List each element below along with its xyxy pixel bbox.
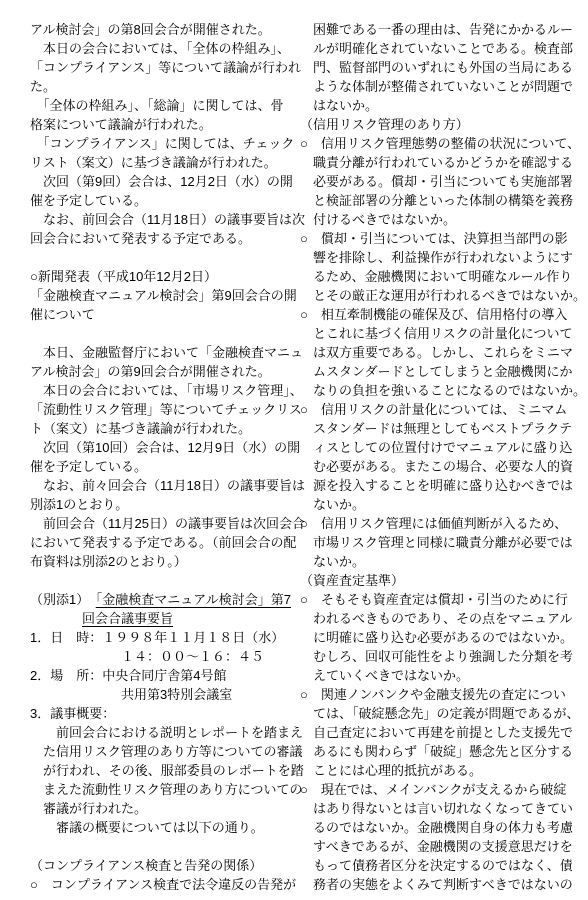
text-line: 困難である一番の理由は、告発にかかるルー bbox=[300, 20, 566, 39]
text-line: 審議が行われた。 bbox=[30, 799, 296, 818]
text-line: 必要がある。償却・引当についても実施部署 bbox=[300, 172, 566, 191]
text-line: 源を投入することを明確に盛り込むべきでは bbox=[300, 476, 566, 495]
text-line: ○ 償却・引当については、決算担当部門の影 bbox=[300, 229, 566, 248]
text-line: において発表する予定である。（前回会合の配 bbox=[30, 533, 296, 552]
text-line: はないか。 bbox=[300, 96, 566, 115]
text-line: はあり得ないとは言い切れなくなってきてい bbox=[300, 799, 566, 818]
text-line: ィスとしての位置付けでマニュアルに盛り込 bbox=[300, 438, 566, 457]
text-line: あるにも関わらず「破綻」懸念先と区分する bbox=[300, 742, 566, 761]
text-line: まえた流動性リスク管理のあり方についての bbox=[30, 780, 296, 799]
text-line: ような体制が整備されていないことが問題で bbox=[300, 77, 566, 96]
text-line: が行われ、その後、服部委員のレポートを踏 bbox=[30, 761, 296, 780]
text-line: アル検討会」の第8回会合が開催された。 bbox=[30, 20, 296, 39]
text-line: 響を排除し、利益操作が行われないようにす bbox=[300, 248, 566, 267]
text-line: ムスタンダードとしてしまうと金融機関にか bbox=[300, 362, 566, 381]
text-line: 「全体の枠組み」、「総論」に関しては、骨 bbox=[30, 96, 296, 115]
text-line: と検証部署の分離といった体制の構築を義務 bbox=[300, 191, 566, 210]
text-line: ないか。 bbox=[300, 495, 566, 514]
text-line: む必要がある。またこの場合、必要な人的資 bbox=[300, 457, 566, 476]
text-line: ないか。 bbox=[300, 552, 566, 571]
text-line: （資産査定基準） bbox=[300, 571, 566, 590]
text-line: 審議の概要については以下の通り。 bbox=[30, 818, 296, 837]
text-line: ては、「破綻懸念先」の定義が問題であるが、 bbox=[300, 704, 566, 723]
underlined-text-segment: 回会合議事要旨 bbox=[82, 611, 173, 626]
text-line: 務者の実態をよくみて判断すべきではないの bbox=[300, 875, 566, 894]
text-line: えていくべきではないか。 bbox=[300, 666, 566, 685]
text-line: むしろ、回収可能性をより強調した分類を考 bbox=[300, 647, 566, 666]
text-line: 3．議事概要： bbox=[30, 704, 296, 723]
text-line: 催を予定している。 bbox=[30, 191, 296, 210]
text-line: 1．日 時：１９９８年１１月１８日（水） bbox=[30, 628, 296, 647]
text-line: 職責分離が行われているかどうかを確認する bbox=[300, 153, 566, 172]
text-line: なお、前々回会合（11月18日）の議事要旨は bbox=[30, 476, 296, 495]
text-line: るのではないか。金融機関自身の体力も考慮 bbox=[300, 818, 566, 837]
text-line: ことには心理的抵抗がある。 bbox=[300, 761, 566, 780]
text-line: ○ 信用リスク管理態勢の整備の状況について、 bbox=[300, 134, 566, 153]
text-line: 「流動性リスク管理」等についてチェックリス bbox=[30, 400, 296, 419]
text-line: 次回（第10回）会合は、12月9日（水）の開 bbox=[30, 438, 296, 457]
text-line: もって債務者区分を決定するのではなく、債 bbox=[300, 856, 566, 875]
text-line: 前回会合における説明とレポートを踏まえ bbox=[30, 723, 296, 742]
text-line: ト（案文）に基づき議論が行われた。 bbox=[30, 419, 296, 438]
underlined-text-segment: 「金融検査マニュアル検討会」第7 bbox=[96, 592, 291, 607]
text-line: 前回会合（11月25日）の議事要旨は次回会合 bbox=[30, 514, 296, 533]
text-line bbox=[30, 837, 296, 856]
text-line: ○ 相互牽制機能の確保及び、信用格付の導入 bbox=[300, 305, 566, 324]
text-line: 本日の会合においては、「全体の枠組み」、 bbox=[30, 39, 296, 58]
text-line: た信用リスク管理のあり方等についての審議 bbox=[30, 742, 296, 761]
text-line: ルが明確化されていないことである。検査部 bbox=[300, 39, 566, 58]
text-line: 布資料は別添2のとおり。） bbox=[30, 552, 296, 571]
text-line: （コンプライアンス検査と告発の関係） bbox=[30, 856, 296, 875]
text-line: 回会合議事要旨 bbox=[30, 609, 296, 628]
text-line: ○ 現在では、メインバンクが支えるから破綻 bbox=[300, 780, 566, 799]
text-line: 「コンプライアンス」に関しては、チェック bbox=[30, 134, 296, 153]
text-line: 別添1のとおり。 bbox=[30, 495, 296, 514]
text-line: ○新聞発表（平成10年12月2日） bbox=[30, 267, 296, 286]
text-line: なりの負担を強いることになるのではないか。 bbox=[300, 381, 566, 400]
text-line: 付けるべきではないか。 bbox=[300, 210, 566, 229]
text-line: 格案について議論が行われた。 bbox=[30, 115, 296, 134]
document-page: アル検討会」の第8回会合が開催された。 本日の会合においては、「全体の枠組み」、… bbox=[0, 0, 588, 894]
text-line: すべきであるが、金融機関の支援意思だけを bbox=[300, 837, 566, 856]
text-line: 本日、金融監督庁において「金融検査マニュ bbox=[30, 343, 296, 362]
text-line bbox=[30, 248, 296, 267]
text-line: 本日の会合においては、「市場リスク管理」、 bbox=[30, 381, 296, 400]
text-segment: （別添1） bbox=[30, 592, 96, 607]
text-segment bbox=[30, 611, 82, 626]
text-line: は双方重要である。しかし、これらをミニマ bbox=[300, 343, 566, 362]
text-line: とその厳正な運用が行われるべきではないか。 bbox=[300, 286, 566, 305]
text-line: １４：００～１６：４５ bbox=[30, 647, 296, 666]
text-line bbox=[30, 324, 296, 343]
text-line: スタンダードは無理としてもベストプラクテ bbox=[300, 419, 566, 438]
right-column: 困難である一番の理由は、告発にかかるルー ルが明確化されていないことである。検査… bbox=[300, 20, 566, 894]
left-column: アル検討会」の第8回会合が開催された。 本日の会合においては、「全体の枠組み」、… bbox=[30, 20, 296, 894]
text-line: 催を予定している。 bbox=[30, 457, 296, 476]
text-line: ○ コンプライアンス検査で法令違反の告発が bbox=[30, 875, 296, 894]
text-line: なお、前回会合（11月18日）の議事要旨は次 bbox=[30, 210, 296, 229]
text-line: 自己査定において再建を前提とした支援先で bbox=[300, 723, 566, 742]
text-line: 2．場 所：中央合同庁舎第4号館 bbox=[30, 666, 296, 685]
text-line: （信用リスク管理のあり方） bbox=[300, 115, 566, 134]
text-line: に明確に盛り込む必要があるのではないか。 bbox=[300, 628, 566, 647]
text-line: 催について bbox=[30, 305, 296, 324]
text-line: た。 bbox=[30, 77, 296, 96]
text-line: 「金融検査マニュアル検討会」第9回会合の開 bbox=[30, 286, 296, 305]
text-line: るため、金融機関において明確なルール作り bbox=[300, 267, 566, 286]
text-line bbox=[30, 571, 296, 590]
text-line: とこれに基づく信用リスクの計量化について bbox=[300, 324, 566, 343]
text-line: 市場リスク管理と同様に職責分離が必要では bbox=[300, 533, 566, 552]
text-line: アル検討会」の第9回会合が開催された。 bbox=[30, 362, 296, 381]
text-line: ○ 関連ノンバンクや金融支援先の査定につい bbox=[300, 685, 566, 704]
text-line: 「コンプライアンス」等について議論が行われ bbox=[30, 58, 296, 77]
text-line: ○ 信用リスクの計量化については、ミニマム bbox=[300, 400, 566, 419]
text-line: ○ そもそも資産査定は償却・引当のために行 bbox=[300, 590, 566, 609]
text-line: 回会合において発表する予定である。 bbox=[30, 229, 296, 248]
text-line: 次回（第9回）会合は、12月2日（水）の開 bbox=[30, 172, 296, 191]
text-line: 門、監督部門のいずれにも外国の当局にある bbox=[300, 58, 566, 77]
text-line: （別添1） 「金融検査マニュアル検討会」第7 bbox=[30, 590, 296, 609]
text-line: リスト（案文）に基づき議論が行われた。 bbox=[30, 153, 296, 172]
text-line: われるべきものであり、その点をマニュアル bbox=[300, 609, 566, 628]
text-line: ○ 信用リスク管理には価値判断が入るため、 bbox=[300, 514, 566, 533]
text-line: 共用第3特別会議室 bbox=[30, 685, 296, 704]
